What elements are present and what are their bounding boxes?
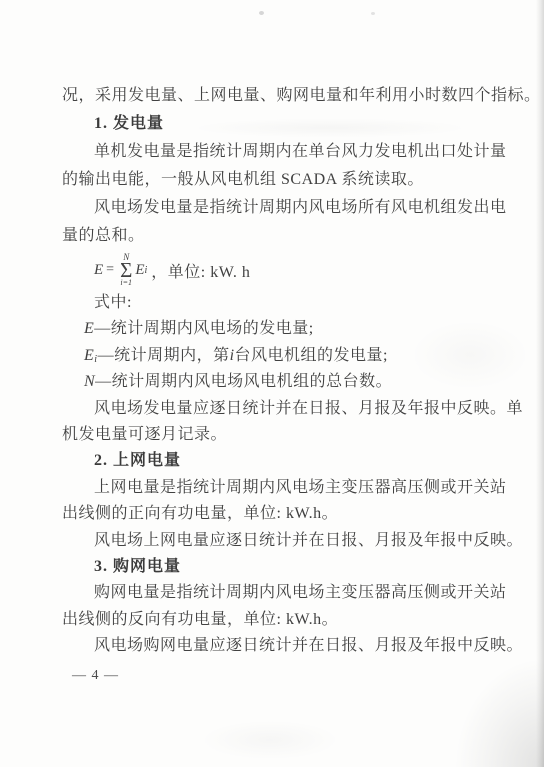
text-line: 风电场发电量是指统计周期内风电场所有风电机组发出电 (62, 194, 488, 222)
page-number: — 4 — (72, 668, 119, 684)
text-line: 机发电量可逐月记录。 (62, 422, 488, 448)
page-edge-shadow (536, 0, 544, 767)
document-page: 况，采用发电量、上网电量、购网电量和年利用小时数四个指标。1. 发电量单机发电量… (0, 0, 544, 767)
scan-artifact (200, 720, 340, 760)
text-line: 量的总和。 (62, 222, 488, 250)
section-heading: 2. 上网电量 (62, 448, 488, 474)
text-line: 风电场发电量应逐日统计并在日报、月报及年报中反映。单 (62, 396, 488, 422)
page-content: 况，采用发电量、上网电量、购网电量和年利用小时数四个指标。1. 发电量单机发电量… (62, 82, 488, 659)
scan-artifact (371, 12, 375, 15)
text-line: 上网电量是指统计周期内风电场主变压器高压侧或开关站 (62, 475, 488, 501)
text-line: 式中: (62, 290, 488, 316)
text-line: E—统计周期内风电场的发电量; (62, 316, 488, 342)
sigma-notation: NΣi=1 (120, 253, 132, 288)
text-line: 出线侧的正向有功电量，单位: kW.h。 (62, 501, 488, 527)
section-heading: 3. 购网电量 (62, 554, 488, 580)
scan-artifact (259, 11, 264, 15)
formula: E=NΣi=1Ei，单位: kW. h (62, 250, 488, 290)
text-line: 出线侧的反向有功电量，单位: kW.h。 (62, 607, 488, 633)
section-heading: 1. 发电量 (62, 110, 488, 138)
text-line: 风电场购网电量应逐日统计并在日报、月报及年报中反映。 (62, 633, 488, 659)
text-line: 的输出电能，一般从风电机组 SCADA 系统读取。 (62, 166, 488, 194)
text-line: 购网电量是指统计周期内风电场主变压器高压侧或开关站 (62, 580, 488, 606)
text-line: 风电场上网电量应逐日统计并在日报、月报及年报中反映。 (62, 528, 488, 554)
text-line: 况，采用发电量、上网电量、购网电量和年利用小时数四个指标。 (62, 82, 488, 110)
text-line: Ei—统计周期内，第i台风电机组的发电量; (62, 343, 488, 369)
text-line: 单机发电量是指统计周期内在单台风力发电机出口处计量 (62, 138, 488, 166)
text-line: N—统计周期内风电场风电机组的总台数。 (62, 369, 488, 395)
page-corner-shadow (454, 657, 544, 767)
